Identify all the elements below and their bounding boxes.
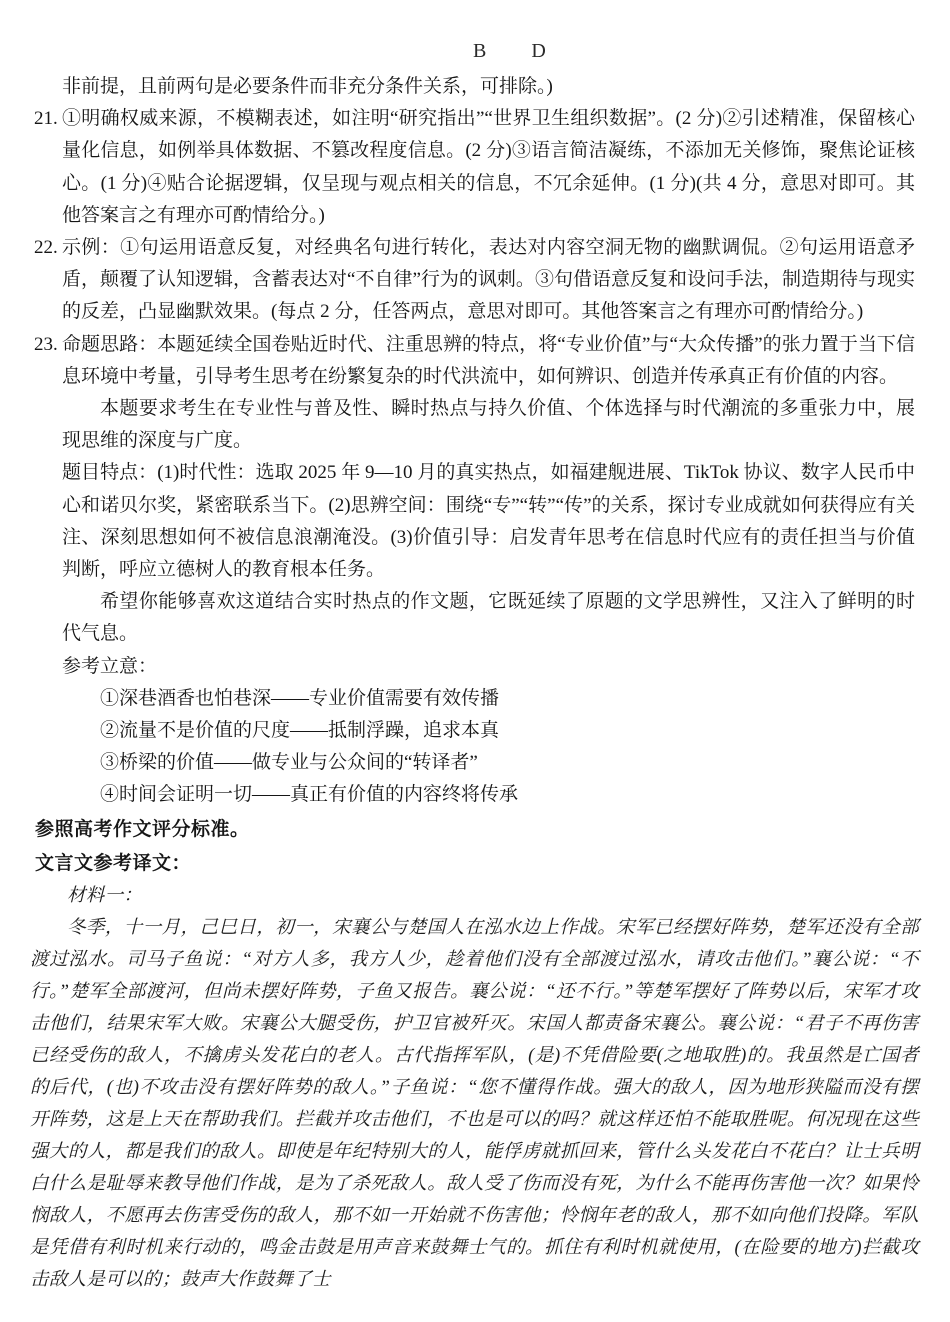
question-22: 22. 示例：①句运用语意反复，对经典名句进行转化，表达对内容空洞无物的幽默调侃… [35, 232, 915, 329]
question-23: 23. 命题思路：本题延续全国卷贴近时代、注重思辨的特点，将“专业价值”与“大众… [35, 329, 915, 812]
outline-point-1: ①深巷酒香也怕巷深——专业价值需要有效传播 [62, 683, 915, 715]
question-23-requirement: 本题要求考生在专业性与普及性、瞬时热点与持久价值、个体选择与时代潮流的多重张力中… [62, 393, 915, 457]
question-23-outline-label: 参考立意： [62, 651, 915, 683]
material-one-translation: 冬季，十一月，己巳日，初一，宋襄公与楚国人在泓水边上作战。宋军已经摆好阵势，楚军… [30, 912, 919, 1296]
question-23-number: 23. [34, 329, 58, 361]
answer-choice-d: D [531, 38, 545, 64]
outline-point-4: ④时间会证明一切——真正有价值的内容终将传承 [62, 779, 915, 811]
outline-point-3: ③桥梁的价值——做专业与公众间的“转译者” [62, 747, 915, 779]
outline-point-2: ②流量不是价值的尺度——抵制浮躁，追求本真 [62, 715, 915, 747]
question-21: 21. ①明确权威来源，不模糊表述，如注明“研究指出”“世界卫生组织数据”。(2… [35, 103, 915, 232]
question-21-answer: ①明确权威来源，不模糊表述，如注明“研究指出”“世界卫生组织数据”。(2 分)②… [62, 103, 915, 232]
question-23-intent: 命题思路：本题延续全国卷贴近时代、注重思辨的特点，将“专业价值”与“大众传播”的… [62, 329, 915, 393]
translation-heading: 文言文参考译文： [35, 848, 915, 880]
question-23-hope: 希望你能够喜欢这道结合实时热点的作文题，它既延续了原题的文学思辨性，又注入了鲜明… [62, 586, 915, 650]
classical-translation-section: 材料一： 冬季，十一月，己巳日，初一，宋襄公与楚国人在泓水边上作战。宋军已经摆好… [30, 880, 919, 1296]
answer-key-page: B D 非前提，且前两句是必要条件而非充分条件关系，可排除。) 21. ①明确权… [0, 0, 950, 1322]
question-22-number: 22. [34, 232, 58, 264]
scoring-standard-note: 参照高考作文评分标准。 [35, 814, 915, 846]
question-21-number: 21. [34, 103, 58, 135]
answers-header: B D [473, 38, 915, 64]
answer-choice-b: B [473, 38, 486, 64]
question-22-answer: 示例：①句运用语意反复，对经典名句进行转化，表达对内容空洞无物的幽默调侃。②句运… [62, 232, 915, 329]
question-23-features: 题目特点：(1)时代性：选取 2025 年 9—10 月的真实热点，如福建舰进展… [62, 457, 915, 586]
carryover-line: 非前提，且前两句是必要条件而非充分条件关系，可排除。) [62, 71, 915, 103]
material-one-label: 材料一： [30, 880, 919, 912]
